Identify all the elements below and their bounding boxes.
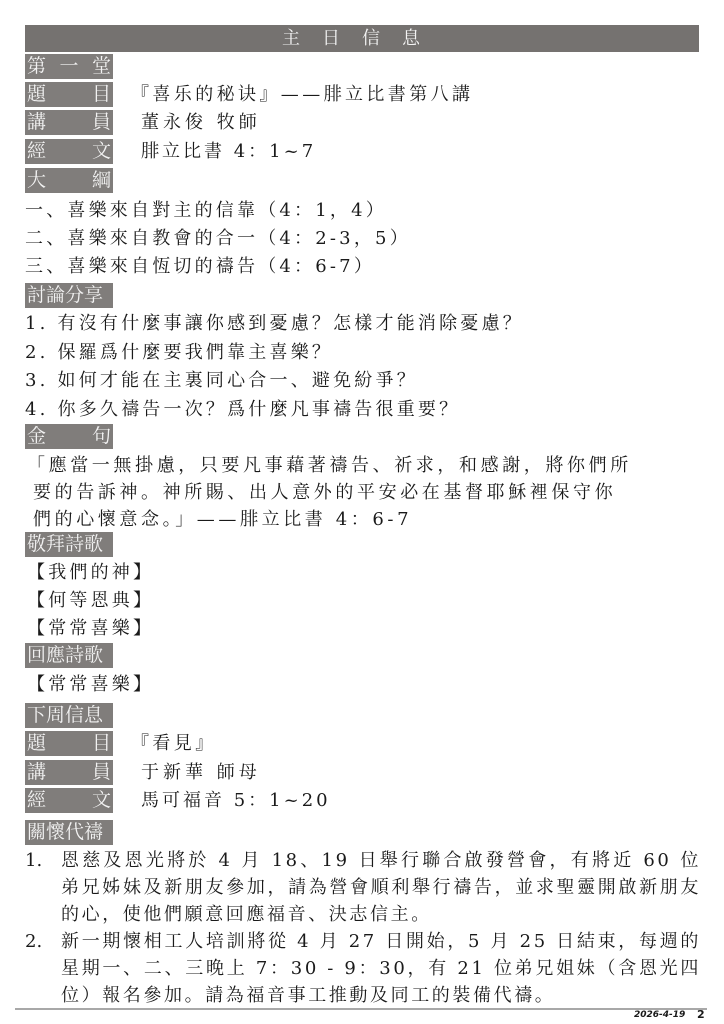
- page-title-bar: 主日信息: [25, 25, 699, 52]
- sermon-topic: 『喜乐的秘诀』——腓立比書第八講: [131, 82, 473, 107]
- discussion-item: 4. 你多久禱告一次？爲什麼凡事禱告很重要？: [25, 396, 460, 423]
- outline-item: 二、喜樂來自教會的合一（4：2-3，5）: [25, 225, 411, 252]
- label-char: 經: [27, 788, 46, 813]
- next-scripture: 馬可福音 5：1~20: [141, 788, 331, 813]
- next-week-label: 下周信息: [25, 703, 113, 728]
- label-char: 員: [92, 760, 111, 785]
- label-char: 目: [92, 731, 111, 756]
- label-char: 講: [27, 760, 46, 785]
- label-char: 句: [92, 424, 111, 449]
- service-label: 第 一 堂: [25, 54, 113, 79]
- footer-divider: [15, 1008, 707, 1010]
- prayer-item-number: 2.: [25, 928, 61, 1009]
- discussion-item: 2. 保羅爲什麼要我們靠主喜樂？: [25, 339, 333, 366]
- golden-verse-line: 「應當一無掛慮，只要凡事藉著禱告、祈求，和感謝，將你們所: [27, 452, 632, 479]
- scripture-label: 經 文: [25, 139, 113, 164]
- prayer-label: 關懷代禱: [25, 820, 113, 845]
- discussion-item: 1. 有沒有什麼事讓你感到憂慮？怎樣才能消除憂慮？: [25, 310, 524, 337]
- label-char: 員: [92, 110, 111, 135]
- worship-song: 【我們的神】: [27, 559, 154, 586]
- golden-verse-line: 們的心懷意念。」——腓立比書 4：6-7: [33, 506, 412, 533]
- next-speaker-label: 講 員: [25, 760, 113, 785]
- label-char: 文: [92, 139, 111, 164]
- outline-label: 大 綱: [25, 168, 113, 193]
- prayer-item-text: 恩慈及恩光將於 4 月 18、19 日舉行聯合啟發營會，有將近 60 位弟兄姊妹…: [61, 847, 701, 928]
- worship-songs-label: 敬拜詩歌: [25, 532, 113, 557]
- service-label-char: 一: [59, 54, 78, 79]
- label-char: 講: [27, 110, 46, 135]
- next-speaker: 于新華 師母: [141, 760, 261, 785]
- prayer-item-number: 1.: [25, 847, 61, 928]
- next-scripture-label: 經 文: [25, 788, 113, 813]
- speaker-label: 講 員: [25, 110, 113, 135]
- service-label-char: 第: [27, 54, 46, 79]
- discussion-label: 討論分享: [25, 283, 113, 308]
- worship-song: 【常常喜樂】: [27, 615, 154, 642]
- label-char: 文: [92, 788, 111, 813]
- topic-label: 題 目: [25, 82, 113, 107]
- prayer-item: 2. 新一期懷相工人培訓將從 4 月 27 日開始，5 月 25 日結束，每週的…: [25, 928, 701, 1009]
- sermon-scripture: 腓立比書 4：1~7: [141, 139, 316, 164]
- golden-verse-line: 要的告訴神。神所賜、出人意外的平安必在基督耶穌裡保守你: [33, 479, 616, 506]
- outline-item: 一、喜樂來自對主的信靠（4：1，4）: [25, 197, 387, 224]
- discussion-item: 3. 如何才能在主裏同心合一、避免紛爭？: [25, 367, 418, 394]
- golden-verse-label: 金 句: [25, 424, 113, 449]
- footer-date: 2026-4-19: [634, 1010, 685, 1020]
- sermon-speaker: 董永俊 牧師: [141, 110, 261, 135]
- label-char: 目: [92, 82, 111, 107]
- label-char: 大: [27, 168, 46, 193]
- worship-song: 【何等恩典】: [27, 587, 154, 614]
- outline-item: 三、喜樂來自恆切的禱告（4：6-7）: [25, 253, 375, 280]
- label-char: 經: [27, 139, 46, 164]
- prayer-item-text: 新一期懷相工人培訓將從 4 月 27 日開始，5 月 25 日結束，每週的星期一…: [61, 928, 701, 1009]
- next-topic: 『看見』: [131, 731, 217, 756]
- service-label-char: 堂: [92, 54, 111, 79]
- label-char: 綱: [92, 168, 111, 193]
- label-char: 題: [27, 82, 46, 107]
- next-topic-label: 題 目: [25, 731, 113, 756]
- response-song: 【常常喜樂】: [27, 671, 154, 698]
- prayer-item: 1. 恩慈及恩光將於 4 月 18、19 日舉行聯合啟發營會，有將近 60 位弟…: [25, 847, 701, 928]
- page-number: 2: [697, 1008, 705, 1021]
- page-title: 主日信息: [282, 28, 442, 49]
- prayer-list: 1. 恩慈及恩光將於 4 月 18、19 日舉行聯合啟發營會，有將近 60 位弟…: [25, 847, 701, 1009]
- label-char: 題: [27, 731, 46, 756]
- label-char: 金: [27, 424, 46, 449]
- response-song-label: 回應詩歌: [25, 643, 113, 668]
